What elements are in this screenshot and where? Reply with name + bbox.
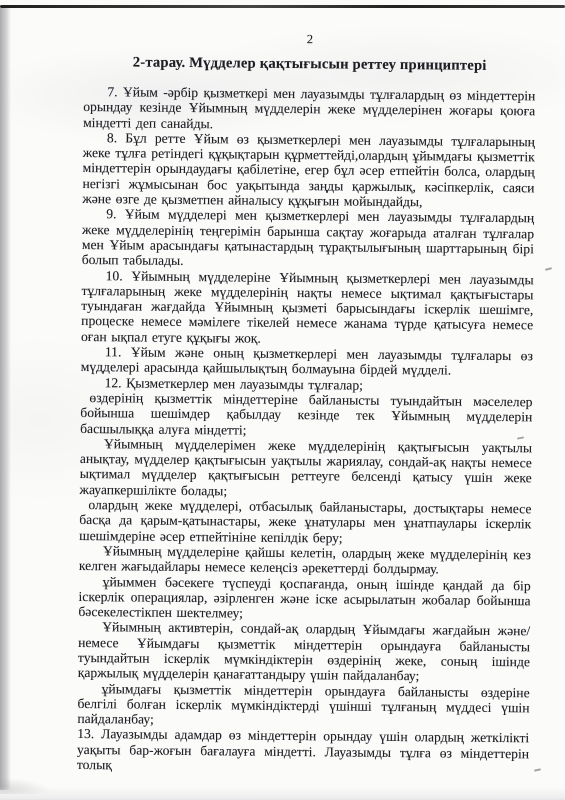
list-item-1: өздерінің қызметтік міндеттеріне байланы… bbox=[80, 390, 532, 440]
chapter-heading: 2-тарау. Мүдделер қақтығысын реттеу прин… bbox=[84, 54, 536, 75]
paragraph-10: 10. Ұйымның мүдделеріне Ұйымның қызметке… bbox=[81, 268, 534, 349]
scan-top-edge-artifact bbox=[0, 5, 565, 8]
pen-mark-artifact bbox=[534, 768, 541, 771]
paragraph-7: 7. Ұйым -әрбір қызметкері мен лауазымды … bbox=[83, 84, 535, 134]
paragraph-8: 8. Бұл ретте Ұйым өз қызметкерлері мен л… bbox=[82, 130, 535, 211]
page-number: 2 bbox=[84, 30, 536, 49]
paragraph-13: 13. Лауазымды адамдар өз міндеттерін оры… bbox=[77, 726, 529, 776]
list-item-7: ұйымдағы қызметтік міндеттерін орындауға… bbox=[77, 681, 529, 731]
scan-left-edge-artifact bbox=[0, 8, 11, 790]
scan-bottom-edge-artifact bbox=[0, 787, 565, 800]
list-item-2: Ұйымның мүдделерімен жеке мүдделерінің қ… bbox=[80, 436, 533, 502]
document-body: 2 2-тарау. Мүдделер қақтығысын реттеу пр… bbox=[77, 30, 536, 777]
pen-mark-artifact bbox=[545, 267, 552, 271]
list-item-6: Ұйымның активтерін, сондай-ақ олардың Ұй… bbox=[78, 619, 531, 685]
paragraph-9: 9. Ұйым мүдделері мен қызметкерлері мен … bbox=[82, 206, 535, 272]
list-item-4: Ұйымның мүдделеріне қайшы келетін, олард… bbox=[79, 543, 531, 578]
scanned-document-page: 2 2-тарау. Мүдделер қақтығысын реттеу пр… bbox=[0, 0, 565, 800]
paragraph-11: 11. Ұйым және оның қызметкерлері мен лау… bbox=[81, 344, 533, 379]
list-item-3: олардың жеке мүдделері, отбасылық байлан… bbox=[79, 497, 531, 547]
list-item-5: ұйыммен бәсекеге түспеуді қоспағанда, он… bbox=[78, 573, 530, 623]
